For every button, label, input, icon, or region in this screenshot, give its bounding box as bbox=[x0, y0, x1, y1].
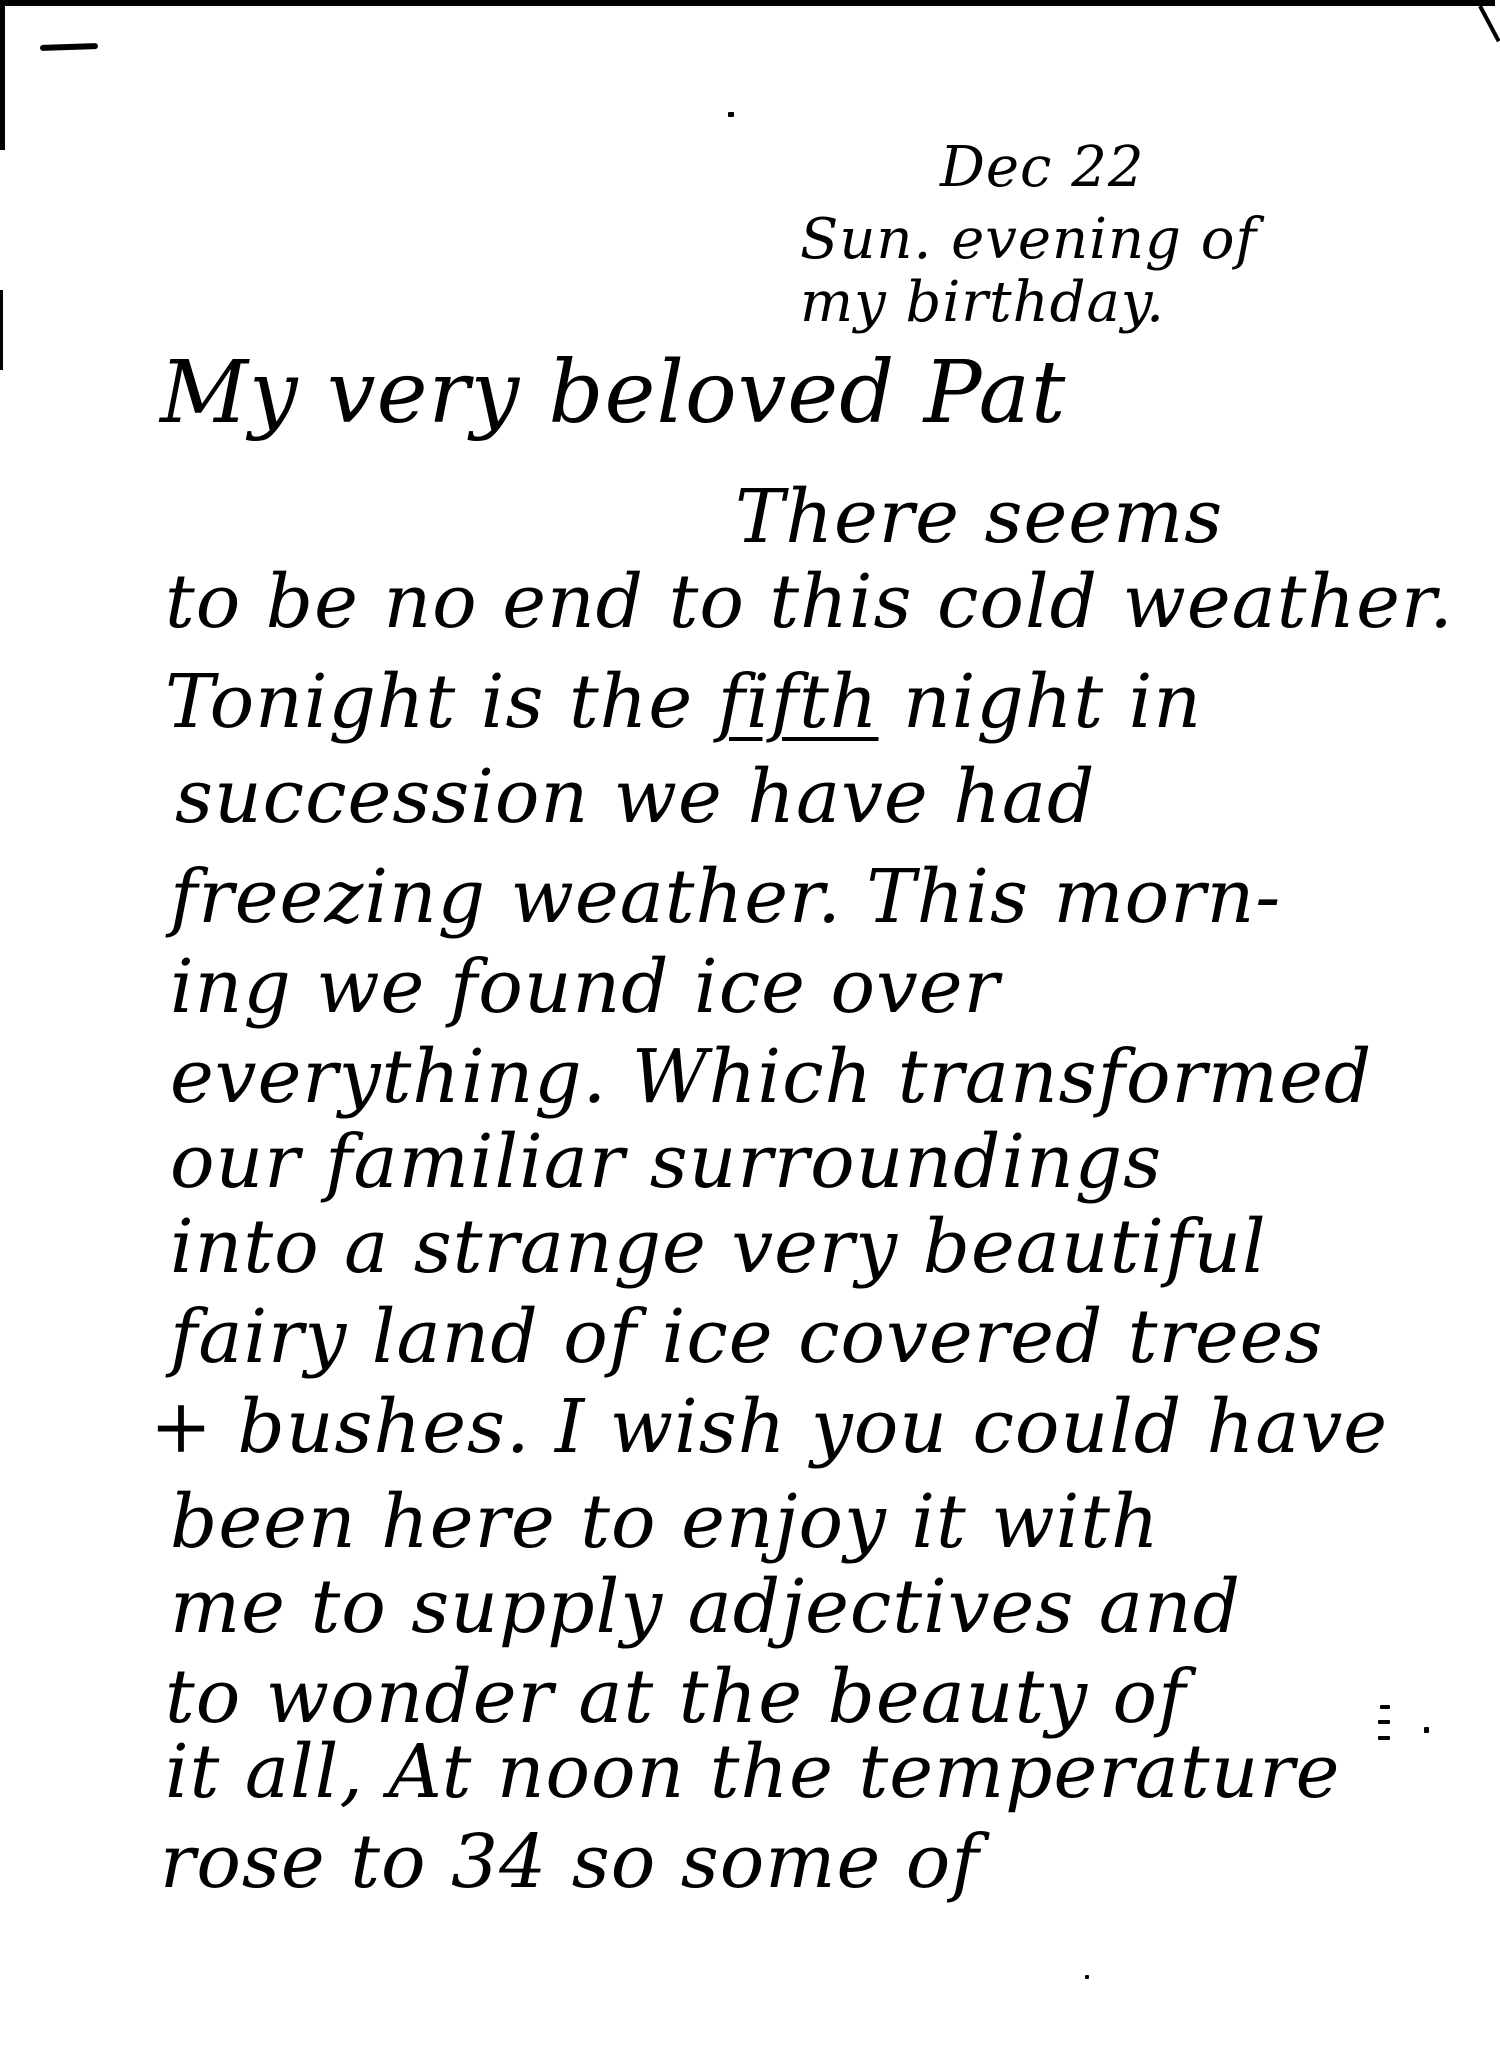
scan-edge-left-lower bbox=[0, 290, 3, 370]
body-line: + bushes. I wish you could have bbox=[150, 1390, 1388, 1464]
body-line: succession we have had bbox=[175, 760, 1095, 834]
scan-speck bbox=[1378, 1736, 1390, 1740]
body-line: There seems bbox=[735, 480, 1223, 554]
scan-corner-mark bbox=[1478, 5, 1500, 42]
body-line: our familiar surroundings bbox=[170, 1125, 1162, 1199]
letter-page: Dec 22 Sun. evening of my birthday. My v… bbox=[0, 0, 1500, 2062]
scan-speck bbox=[1085, 1975, 1089, 1979]
scan-edge-top bbox=[0, 0, 1495, 6]
scan-speck bbox=[728, 112, 734, 117]
scan-speck bbox=[1378, 1720, 1390, 1724]
body-line: ing we found ice over bbox=[170, 950, 1000, 1024]
body-line: everything. Which transformed bbox=[170, 1040, 1372, 1114]
letter-salutation: My very beloved Pat bbox=[160, 350, 1066, 436]
body-line: fairy land of ice covered trees bbox=[170, 1300, 1323, 1374]
body-line: into a strange very beautiful bbox=[170, 1210, 1267, 1284]
body-line: me to supply adjectives and bbox=[170, 1570, 1241, 1644]
scan-speck bbox=[1424, 1727, 1429, 1733]
body-line: rose to 34 so some of bbox=[160, 1825, 980, 1899]
scan-edge-left bbox=[0, 0, 5, 150]
letter-day-line: Sun. evening of bbox=[800, 212, 1257, 268]
scan-speck bbox=[1380, 1705, 1390, 1709]
body-text: night in bbox=[903, 659, 1202, 745]
body-line: it all, At noon the temperature bbox=[165, 1735, 1340, 1809]
body-line: to be no end to this cold weather. bbox=[165, 565, 1454, 639]
body-line-group: Tonight is the fifth night in bbox=[165, 665, 1202, 739]
body-text: Tonight is the bbox=[165, 659, 693, 745]
body-line: to wonder at the beauty of bbox=[165, 1660, 1186, 1734]
letter-date: Dec 22 bbox=[940, 140, 1144, 196]
body-line: been here to enjoy it with bbox=[170, 1485, 1160, 1559]
letter-occasion-line: my birthday. bbox=[800, 275, 1165, 331]
margin-dash-mark bbox=[40, 43, 98, 51]
underlined-emphasis: fifth bbox=[718, 659, 879, 745]
body-line: freezing weather. This morn- bbox=[170, 860, 1281, 934]
